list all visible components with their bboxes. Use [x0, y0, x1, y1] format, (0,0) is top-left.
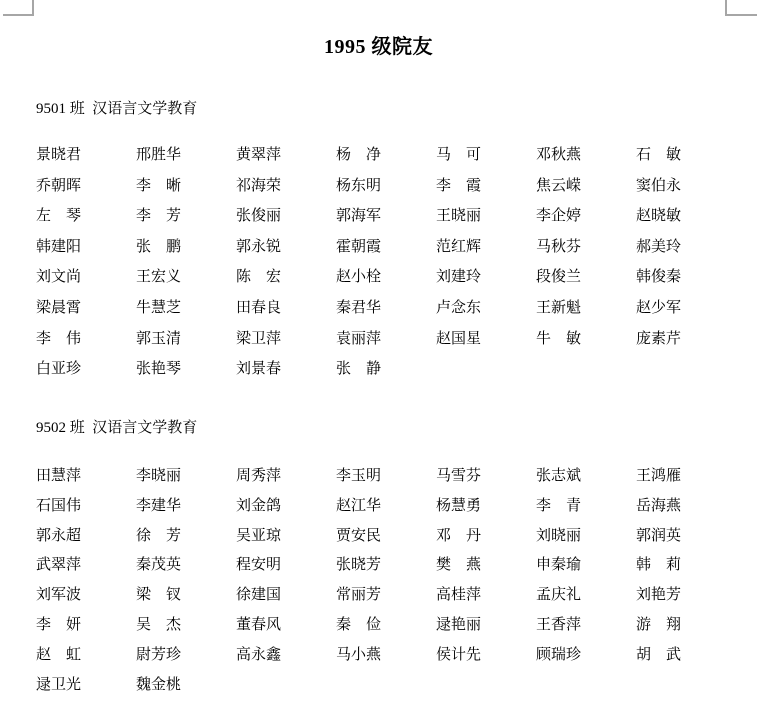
alumni-name: 逯卫光	[36, 675, 136, 705]
alumni-name: 孟庆礼	[536, 585, 636, 615]
alumni-name: 郭润英	[636, 526, 736, 556]
alumni-name: 李 伟	[36, 329, 136, 360]
alumni-name: 马小燕	[336, 645, 436, 675]
alumni-name: 庞素芹	[636, 329, 736, 360]
alumni-name: 李 青	[536, 496, 636, 526]
alumni-name: 卢念东	[436, 298, 536, 329]
section-heading-9501: 9501 班 汉语言文学教育	[36, 97, 197, 118]
alumni-name: 吴亚琼	[236, 526, 336, 556]
alumni-name: 张俊丽	[236, 206, 336, 237]
alumni-name: 马雪芬	[436, 466, 536, 496]
alumni-name: 梁晨霄	[36, 298, 136, 329]
page-margin-mark-top-right	[725, 0, 757, 16]
alumni-name: 石 敏	[636, 145, 736, 176]
alumni-name: 白亚珍	[36, 359, 136, 390]
alumni-name: 高永鑫	[236, 645, 336, 675]
alumni-name: 王宏义	[136, 267, 236, 298]
alumni-name: 秦茂英	[136, 555, 236, 585]
alumni-name: 杨东明	[336, 176, 436, 207]
alumni-name: 逯艳丽	[436, 615, 536, 645]
alumni-name: 游 翔	[636, 615, 736, 645]
alumni-name: 窦伯永	[636, 176, 736, 207]
alumni-name: 袁丽萍	[336, 329, 436, 360]
page-title: 1995 级院友	[0, 30, 757, 59]
alumni-name: 刘金鸽	[236, 496, 336, 526]
alumni-name: 樊 燕	[436, 555, 536, 585]
alumni-name: 张志斌	[536, 466, 636, 496]
alumni-name: 韩建阳	[36, 237, 136, 268]
alumni-name: 石国伟	[36, 496, 136, 526]
alumni-name: 梁卫萍	[236, 329, 336, 360]
alumni-name: 刘晓丽	[536, 526, 636, 556]
alumni-name: 韩 莉	[636, 555, 736, 585]
alumni-name: 赵江华	[336, 496, 436, 526]
alumni-name: 张 静	[336, 359, 436, 390]
alumni-name: 邓 丹	[436, 526, 536, 556]
alumni-name: 段俊兰	[536, 267, 636, 298]
alumni-name: 徐建国	[236, 585, 336, 615]
alumni-name: 李晓丽	[136, 466, 236, 496]
alumni-name: 邢胜华	[136, 145, 236, 176]
page-margin-mark-top-left	[3, 0, 34, 16]
alumni-name: 郭永超	[36, 526, 136, 556]
alumni-name: 李 晰	[136, 176, 236, 207]
alumni-name: 霍朝霞	[336, 237, 436, 268]
alumni-name: 贾安民	[336, 526, 436, 556]
alumni-name: 李 妍	[36, 615, 136, 645]
alumni-name: 王香萍	[536, 615, 636, 645]
alumni-name: 胡 武	[636, 645, 736, 675]
alumni-name: 高桂萍	[436, 585, 536, 615]
alumni-name: 杨慧勇	[436, 496, 536, 526]
alumni-name: 陈 宏	[236, 267, 336, 298]
alumni-name: 李建华	[136, 496, 236, 526]
alumni-name: 吴 杰	[136, 615, 236, 645]
alumni-name: 徐 芳	[136, 526, 236, 556]
alumni-name: 郭永锐	[236, 237, 336, 268]
alumni-name: 左 琴	[36, 206, 136, 237]
alumni-name: 景晓君	[36, 145, 136, 176]
alumni-name: 申秦瑜	[536, 555, 636, 585]
alumni-name: 赵国星	[436, 329, 536, 360]
alumni-name: 乔朝晖	[36, 176, 136, 207]
alumni-name: 张晓芳	[336, 555, 436, 585]
alumni-name: 周秀萍	[236, 466, 336, 496]
alumni-name: 李 芳	[136, 206, 236, 237]
document-page: 1995 级院友 9501 班 汉语言文学教育 景晓君邢胜华黄翠萍杨 净马 可邓…	[0, 0, 757, 707]
alumni-name: 杨 净	[336, 145, 436, 176]
alumni-name: 牛 敏	[536, 329, 636, 360]
alumni-name: 黄翠萍	[236, 145, 336, 176]
section-heading-9502: 9502 班 汉语言文学教育	[36, 416, 197, 437]
alumni-name: 刘景春	[236, 359, 336, 390]
alumni-name: 韩俊秦	[636, 267, 736, 298]
alumni-name: 顾瑞珍	[536, 645, 636, 675]
alumni-name: 刘建玲	[436, 267, 536, 298]
alumni-name: 祁海荣	[236, 176, 336, 207]
alumni-name: 侯计先	[436, 645, 536, 675]
alumni-name: 郭玉清	[136, 329, 236, 360]
alumni-name: 秦 俭	[336, 615, 436, 645]
alumni-name: 邓秋燕	[536, 145, 636, 176]
alumni-name: 王晓丽	[436, 206, 536, 237]
alumni-name: 秦君华	[336, 298, 436, 329]
alumni-name: 郭海军	[336, 206, 436, 237]
alumni-name: 王鸿雁	[636, 466, 736, 496]
alumni-name: 刘文尚	[36, 267, 136, 298]
alumni-name: 马 可	[436, 145, 536, 176]
alumni-name: 岳海燕	[636, 496, 736, 526]
alumni-name: 张 鹏	[136, 237, 236, 268]
alumni-name: 李玉明	[336, 466, 436, 496]
alumni-name: 武翠萍	[36, 555, 136, 585]
names-grid-9501: 景晓君邢胜华黄翠萍杨 净马 可邓秋燕石 敏乔朝晖李 晰祁海荣杨东明李 霞焦云嵘窦…	[36, 145, 736, 390]
alumni-name: 张艳琴	[136, 359, 236, 390]
alumni-name: 赵小栓	[336, 267, 436, 298]
alumni-name: 程安明	[236, 555, 336, 585]
alumni-name: 魏金桃	[136, 675, 236, 705]
alumni-name: 常丽芳	[336, 585, 436, 615]
alumni-name: 尉芳珍	[136, 645, 236, 675]
alumni-name: 郝美玲	[636, 237, 736, 268]
alumni-name: 李 霞	[436, 176, 536, 207]
alumni-name: 刘艳芳	[636, 585, 736, 615]
alumni-name: 赵 虹	[36, 645, 136, 675]
alumni-name: 焦云嵘	[536, 176, 636, 207]
alumni-name: 范红辉	[436, 237, 536, 268]
alumni-name: 董春风	[236, 615, 336, 645]
alumni-name: 田春良	[236, 298, 336, 329]
alumni-name: 赵少军	[636, 298, 736, 329]
alumni-name: 马秋芬	[536, 237, 636, 268]
alumni-name: 田慧萍	[36, 466, 136, 496]
names-grid-9502: 田慧萍李晓丽周秀萍李玉明马雪芬张志斌王鸿雁石国伟李建华刘金鸽赵江华杨慧勇李 青岳…	[36, 466, 736, 704]
alumni-name: 牛慧芝	[136, 298, 236, 329]
alumni-name: 李企婷	[536, 206, 636, 237]
alumni-name: 王新魁	[536, 298, 636, 329]
alumni-name: 刘军波	[36, 585, 136, 615]
alumni-name: 赵晓敏	[636, 206, 736, 237]
alumni-name: 梁 钗	[136, 585, 236, 615]
